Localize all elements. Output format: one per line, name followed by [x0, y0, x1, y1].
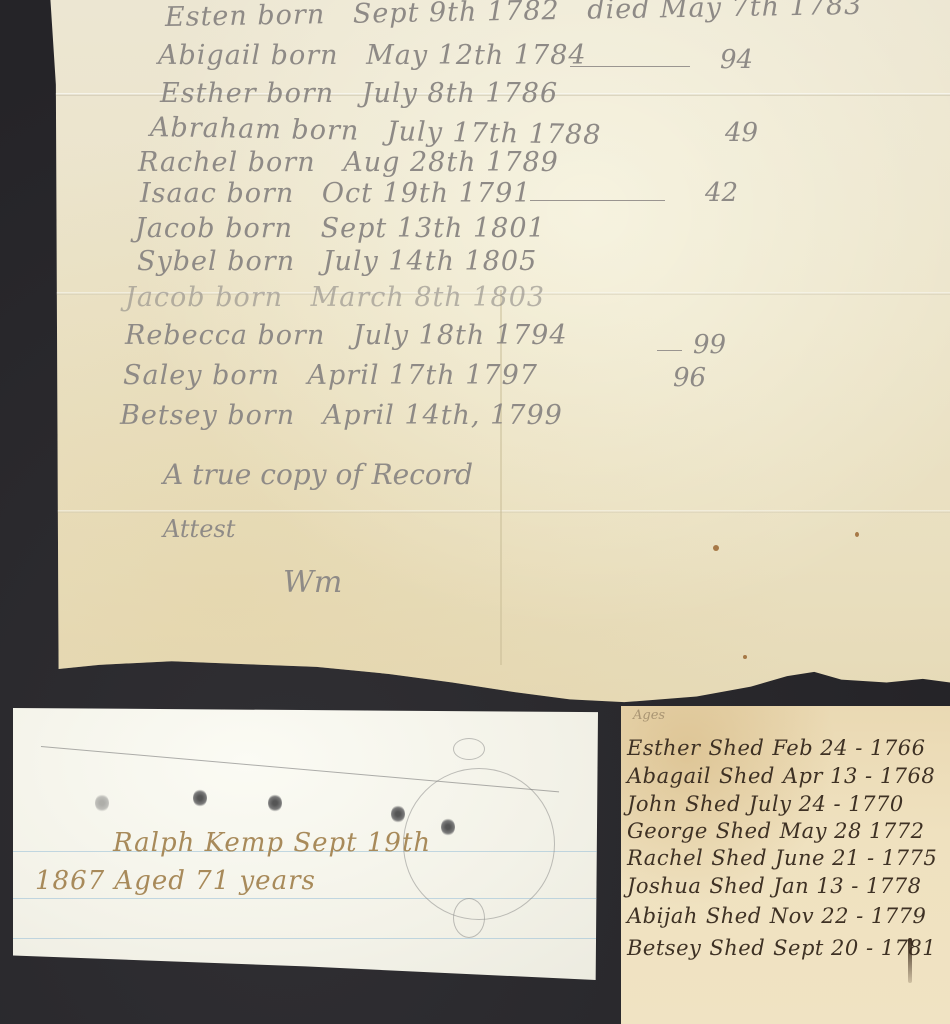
entry-name: Isaac: [140, 178, 217, 209]
entry-name: Jacob: [125, 282, 206, 313]
entry-word: born: [227, 246, 295, 277]
record-entry: Jacob born Sept 13th 1801: [135, 213, 546, 244]
entry-word: born: [226, 178, 294, 209]
family-entry: JohnShedJuly 24 - 1770: [627, 792, 904, 816]
given-name: Abijah: [627, 904, 698, 928]
given-name: Rachel: [627, 846, 703, 870]
given-name: Joshua: [627, 874, 701, 898]
surname: Shed: [716, 819, 772, 843]
pin-hole: [193, 789, 207, 807]
family-entry: AbijahShedNov 22 - 1779: [627, 904, 926, 928]
dash-line: [530, 200, 665, 201]
record-entry: Esten born Sept 9th 1782 died May 7th 17…: [165, 0, 863, 33]
birth-date: Jan 13 - 1778: [773, 874, 921, 898]
obituary-line-2: 1867 Aged 71 years: [35, 866, 316, 896]
entry-name: Jacob: [135, 213, 216, 244]
entry-age: 96: [673, 363, 706, 393]
entry-age: 94: [720, 45, 753, 75]
obituary-note: Ralph Kemp Sept 19th 1867 Aged 71 years: [13, 708, 598, 980]
entry-age: 99: [693, 330, 726, 360]
entry-date: Aug 28th 1789: [343, 147, 559, 178]
surname: Shed: [709, 936, 765, 960]
family-entry: GeorgeShedMay 28 1772: [627, 819, 924, 843]
entry-word: born: [291, 114, 359, 146]
entry-date: Sept 13th 1801: [321, 213, 546, 244]
entry-word: born: [257, 0, 325, 31]
birth-date: Feb 24 - 1766: [772, 736, 925, 760]
entry-name: Betsey: [120, 400, 218, 431]
entry-word: born: [227, 400, 295, 431]
record-entry: Jacob born March 8th 1803: [125, 282, 545, 313]
entry-age: 42: [705, 178, 738, 208]
family-entry: RachelShedJune 21 - 1775: [627, 846, 937, 870]
record-entry: Abigail born May 12th 1784: [158, 40, 587, 71]
surname: Shed: [709, 736, 765, 760]
entry-name: Abraham: [150, 112, 282, 145]
entry-word: born: [248, 147, 316, 178]
dash-line: [657, 350, 682, 351]
note-label: Ages: [633, 708, 665, 723]
entry-date: April 17th 1797: [308, 360, 538, 391]
certification-text: A true copy of Record: [163, 458, 473, 491]
surname: Shed: [706, 904, 762, 928]
entry-name: Esther: [160, 78, 257, 109]
entry-date: Oct 19th 1791: [322, 178, 532, 209]
family-entry: JoshuaShedJan 13 - 1778: [627, 874, 921, 898]
entry-name: Abigail: [158, 40, 261, 71]
entry-date: July 18th 1794: [353, 320, 568, 351]
shed-family-note: Ages EstherShedFeb 24 - 1766 AbagailShed…: [621, 706, 950, 1024]
entry-word: born: [258, 320, 326, 351]
fold-crease: [45, 510, 950, 513]
entry-date: July 8th 1786: [362, 78, 558, 109]
record-entry: Rebecca born July 18th 1794: [125, 320, 568, 351]
entry-word: born: [271, 40, 339, 71]
entry-word: born: [215, 282, 283, 313]
entry-word: born: [212, 360, 280, 391]
record-entry: Sybel born July 14th 1805: [137, 246, 537, 277]
given-name: Betsey: [627, 936, 701, 960]
birth-date: Apr 13 - 1768: [783, 764, 935, 788]
given-name: John: [627, 792, 677, 816]
record-entry: Isaac born Oct 19th 1791: [140, 178, 531, 209]
entry-date: July 17th 1788: [387, 116, 602, 151]
pin-hole: [268, 794, 282, 812]
entry-name: Sybel: [137, 246, 218, 277]
entry-date: May 12th 1784: [366, 40, 586, 71]
record-entry: Abraham born July 17th 1788: [150, 112, 602, 151]
attest-text: Attest: [163, 515, 235, 543]
entry-word: born: [225, 213, 293, 244]
entry-date: Sept 9th 1782: [353, 0, 560, 30]
ruled-line: [13, 938, 598, 939]
pin-hole: [95, 794, 109, 812]
obituary-line-1: Ralph Kemp Sept 19th: [113, 828, 431, 858]
surname: Shed: [685, 792, 741, 816]
pin-hole: [391, 805, 405, 823]
entry-death: died May 7th 1783: [587, 0, 863, 26]
birth-date: June 21 - 1775: [775, 846, 937, 870]
entry-name: Rachel: [138, 147, 238, 178]
birth-date: Nov 22 - 1779: [770, 904, 927, 928]
surname: Shed: [709, 874, 765, 898]
record-entry: Esther born July 8th 1786: [160, 78, 558, 109]
foxing-spot: [743, 655, 747, 659]
family-entry: EstherShedFeb 24 - 1766: [627, 736, 925, 760]
surname: Shed: [719, 764, 775, 788]
given-name: George: [627, 819, 708, 843]
pencil-scribble: [453, 738, 485, 760]
foxing-spot: [713, 545, 719, 551]
entry-date: July 14th 1805: [323, 246, 538, 277]
ink-smear: [908, 938, 912, 983]
family-entry: AbagailShedApr 13 - 1768: [627, 764, 935, 788]
entry-date: March 8th 1803: [311, 282, 545, 313]
entry-name: Rebecca: [125, 320, 248, 351]
foxing-spot: [855, 532, 859, 537]
signature: Wm: [283, 565, 342, 600]
entry-name: Saley: [123, 360, 202, 391]
dash-line: [570, 66, 690, 67]
surname: Shed: [711, 846, 767, 870]
pencil-scribble: [453, 898, 485, 938]
family-entry: BetseyShedSept 20 - 1781: [627, 936, 936, 960]
entry-age: 49: [725, 118, 758, 148]
entry-name: Esten: [165, 1, 248, 33]
entry-date: April 14th, 1799: [323, 400, 563, 431]
record-entry: Saley born April 17th 1797: [123, 360, 538, 391]
birth-date: July 24 - 1770: [749, 792, 904, 816]
birth-date: May 28 1772: [780, 819, 925, 843]
given-name: Abagail: [627, 764, 711, 788]
given-name: Esther: [627, 736, 701, 760]
family-record-page: Esten born Sept 9th 1782 died May 7th 17…: [45, 0, 950, 705]
record-entry: Betsey born April 14th, 1799: [120, 400, 563, 431]
entry-word: born: [266, 78, 334, 109]
record-entry: Rachel born Aug 28th 1789: [138, 147, 559, 178]
